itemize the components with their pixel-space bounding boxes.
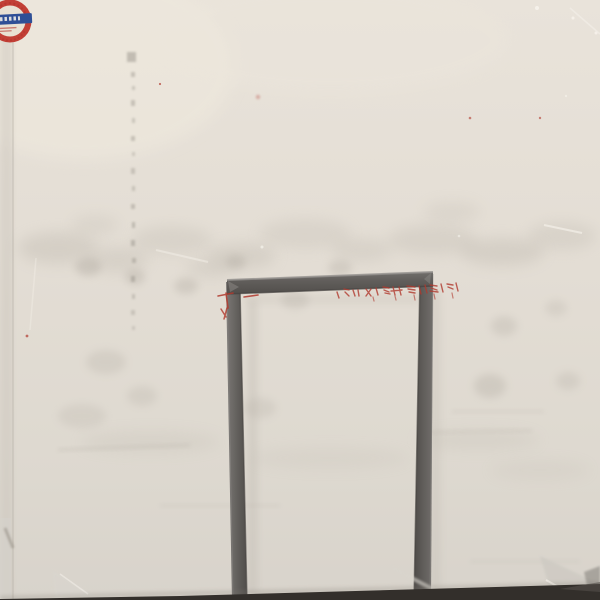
stain-streak — [470, 560, 580, 563]
photo-canvas — [0, 0, 600, 600]
stain-spot — [58, 404, 106, 428]
sticker-band-text-dash — [9, 17, 12, 21]
stain-spot — [75, 258, 101, 276]
plastic-glint — [535, 6, 539, 10]
drip-mark — [131, 276, 135, 282]
drip-mark — [132, 326, 135, 330]
drip-mark — [131, 168, 135, 174]
drip-mark — [132, 222, 135, 228]
drip-mark — [132, 258, 136, 263]
stain-blotch — [332, 238, 392, 262]
slab-photo — [0, 0, 600, 600]
sticker-band-text-dash — [0, 17, 3, 21]
stain-spot — [328, 260, 352, 276]
red-dot — [539, 117, 541, 119]
stain-blotch — [424, 202, 480, 222]
drip-mark — [131, 310, 135, 315]
stain-blotch — [71, 215, 119, 235]
red-dot — [26, 335, 29, 338]
plastic-glint — [565, 95, 567, 97]
stain-spot — [226, 255, 246, 269]
stain-spot — [491, 316, 517, 336]
plastic-glint — [572, 17, 575, 20]
plastic-glint — [458, 235, 461, 238]
stain-blotch — [132, 226, 212, 254]
stain-streak — [160, 504, 280, 507]
drip-mark — [132, 294, 135, 299]
frame-shadow-left-leg — [248, 300, 257, 595]
drip-mark — [131, 204, 135, 209]
drip-mark — [132, 186, 135, 191]
drip-mark — [131, 136, 135, 141]
plastic-glint — [261, 246, 264, 249]
frame-shadow-top-bar — [245, 296, 420, 303]
stain-streak — [452, 410, 544, 413]
stain-spot — [556, 372, 580, 390]
drip-mark — [131, 240, 135, 246]
stain-blotch — [460, 238, 544, 266]
slab-left-edge-shade — [0, 0, 13, 600]
red-dot — [469, 117, 472, 120]
drip-mark — [131, 72, 135, 77]
stain-blotch — [528, 222, 596, 250]
stain-band-low — [250, 447, 410, 469]
drip-mark — [132, 86, 135, 90]
stain-spot — [86, 350, 126, 374]
stain-band-low — [490, 460, 590, 480]
sticker-band-text-dash — [18, 16, 20, 20]
drip-mark — [132, 118, 135, 123]
stain-spot — [545, 300, 567, 316]
stain-spot — [474, 374, 506, 398]
stain-spot — [127, 386, 157, 406]
red-smudge — [256, 95, 260, 99]
red-dot — [159, 83, 161, 85]
drip-mark — [131, 100, 135, 106]
sticker-band-text-dash — [4, 17, 7, 21]
drip-mark — [127, 52, 136, 62]
drip-mark — [132, 152, 135, 156]
stain-spot — [174, 278, 198, 294]
sticker-band-text-dash — [13, 16, 16, 20]
